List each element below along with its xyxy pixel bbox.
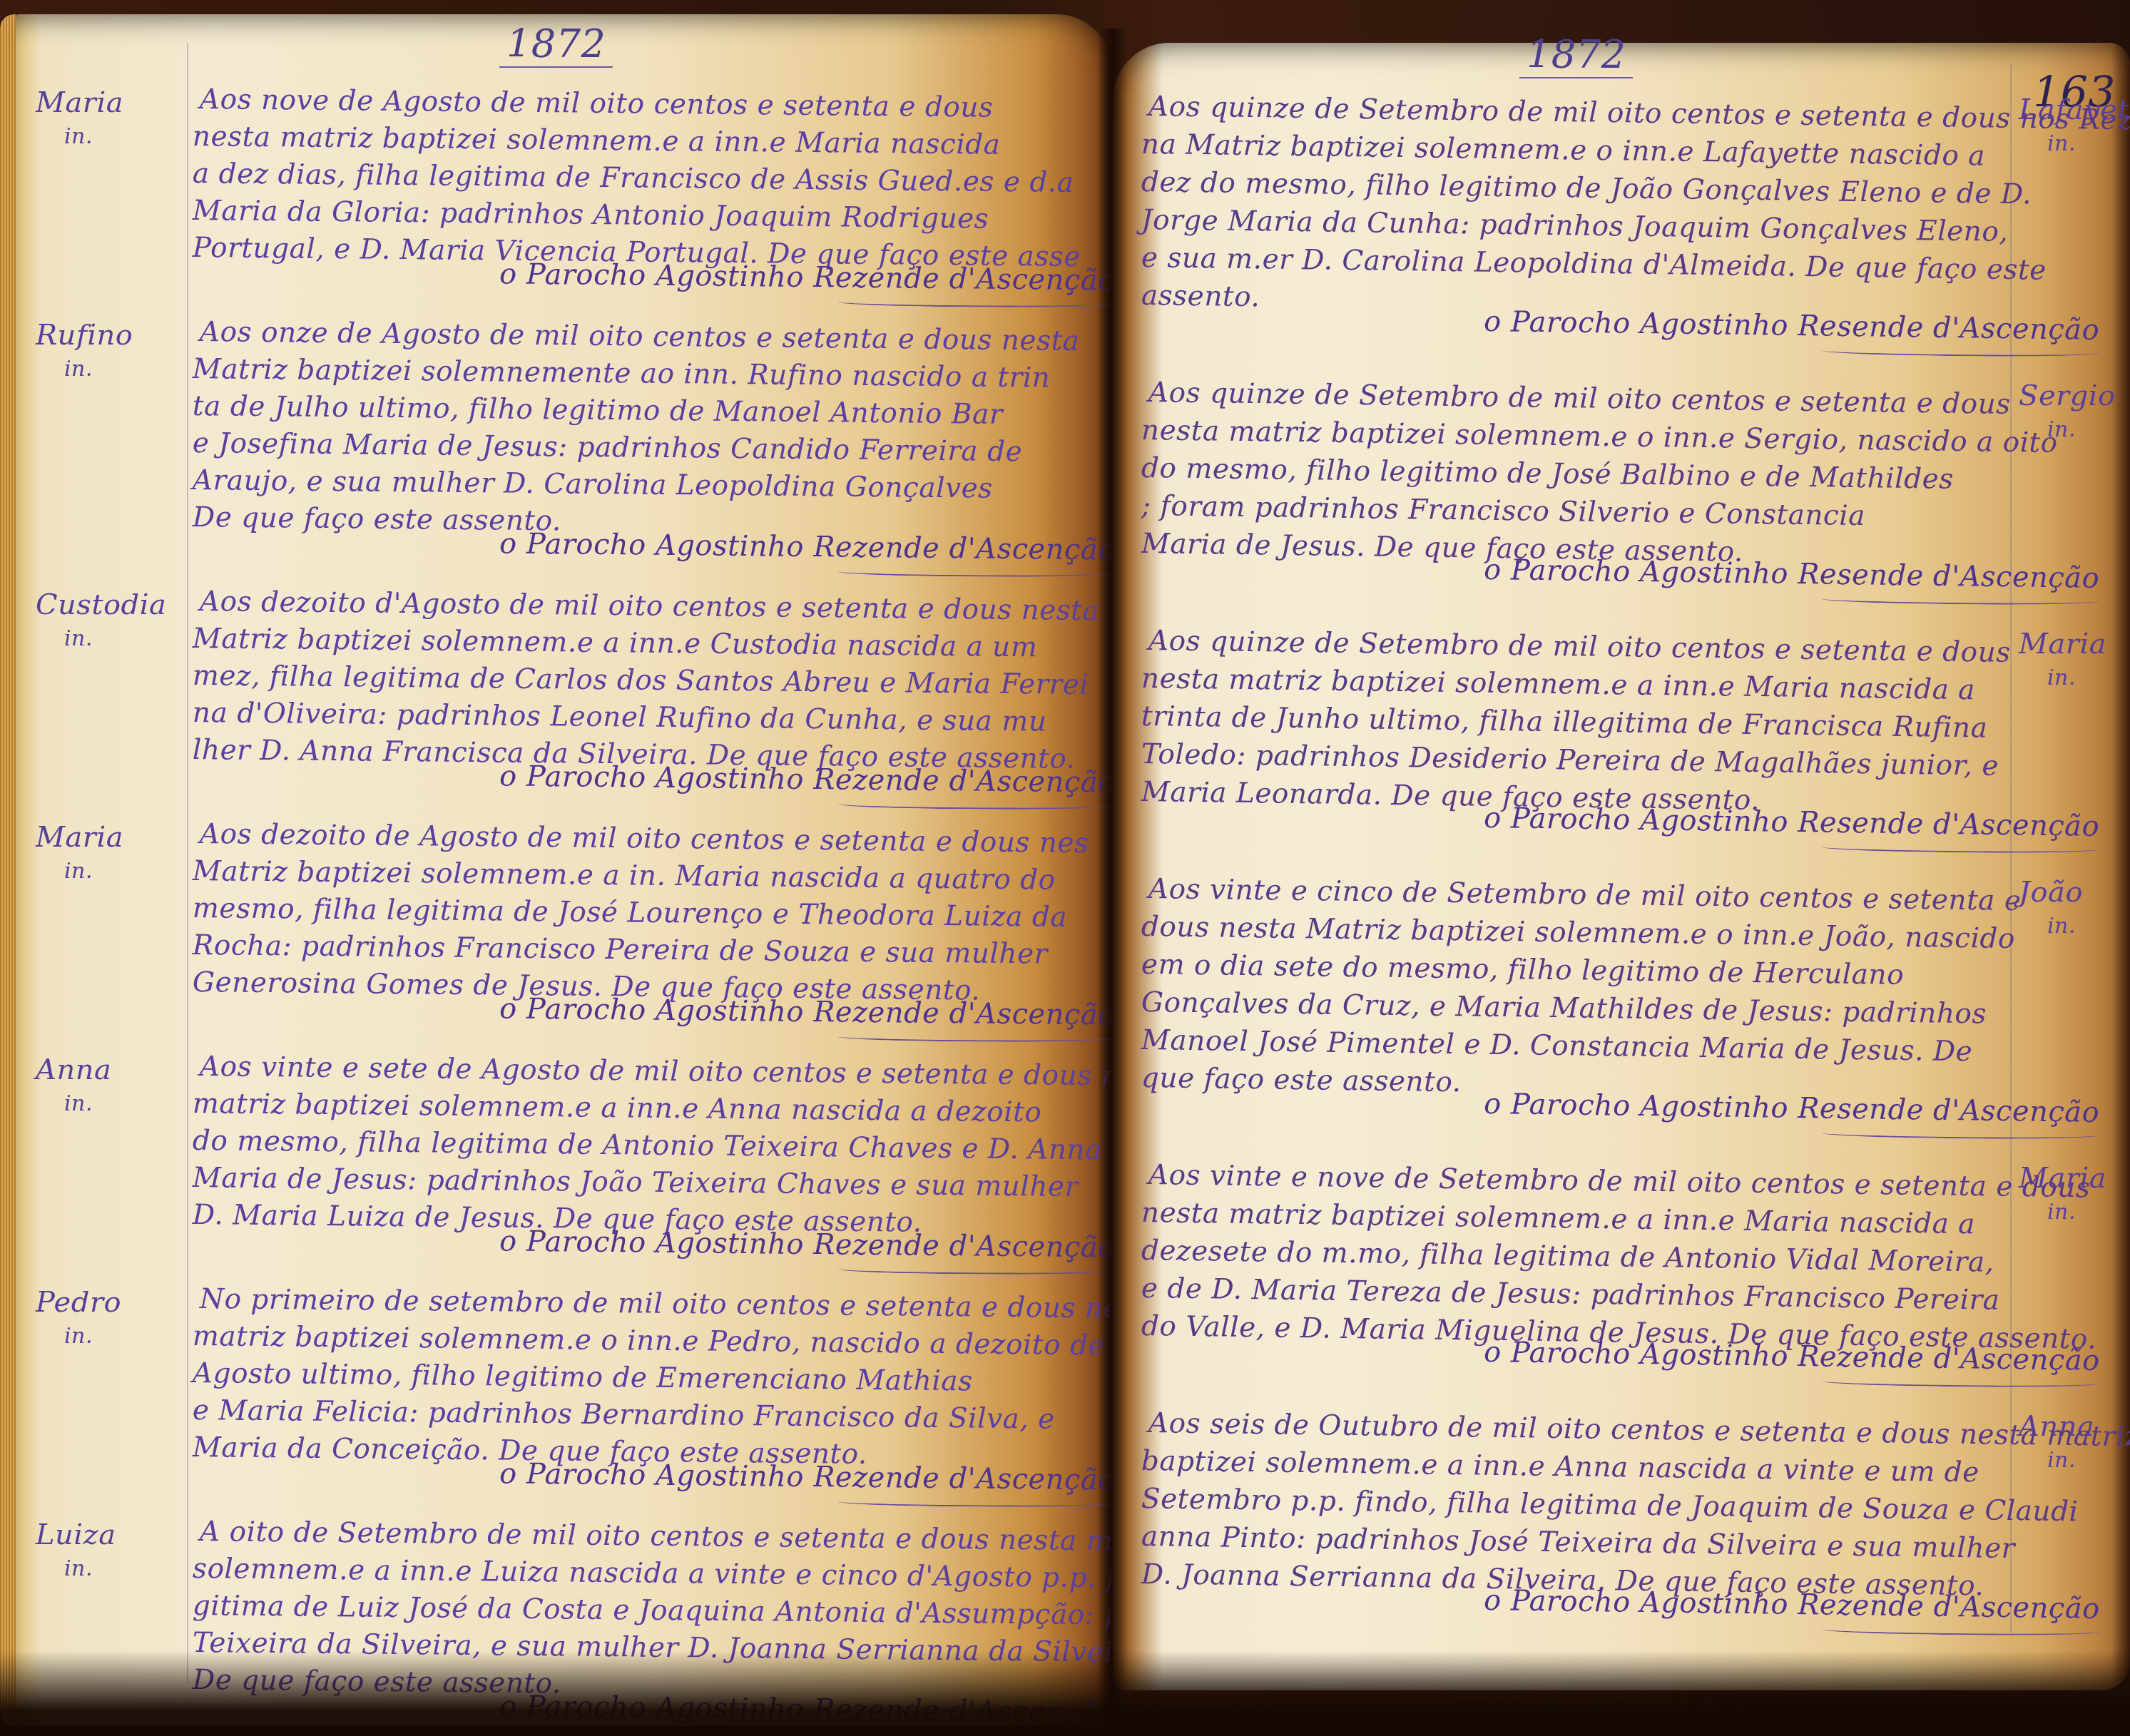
margin-baptized-name: Annain.	[36, 1053, 111, 1121]
baptized-name: Maria	[36, 86, 123, 119]
margin-baptized-name: Luizain.	[36, 1518, 116, 1586]
baptized-name: Custodia	[36, 588, 166, 621]
baptized-name: Anna	[36, 1053, 111, 1086]
left-page-stacked-edges	[0, 14, 16, 1726]
baptized-status: in.	[36, 854, 123, 889]
baptized-name: Pedro	[36, 1286, 121, 1319]
priest-signature: o Parocho Agostinho Resende d'Ascenção	[1484, 1088, 2100, 1140]
priest-signature: o Parocho Agostinho Rezende d'Ascenção	[499, 527, 1116, 578]
margin-baptized-name: Custodiain.	[36, 588, 166, 656]
baptized-status: in.	[36, 1552, 116, 1586]
margin-baptized-name: Joãoin.	[2019, 875, 2083, 944]
baptized-name: Rufino	[36, 319, 133, 352]
margin-baptized-name: Pedroin.	[36, 1285, 121, 1354]
priest-signature: o Parocho Agostinho Rezende d'Ascenção	[1484, 1584, 2100, 1637]
baptized-name: Maria	[36, 821, 123, 854]
priest-signature: o Parocho Agostinho Resende d'Ascenção	[1484, 553, 2100, 606]
margin-baptized-name: Rufinoin.	[36, 318, 133, 387]
baptized-status: in.	[2019, 661, 2106, 695]
priest-signature: o Parocho Agostinho Rezende d'Ascenção	[499, 992, 1116, 1043]
margin-baptized-name: Mariain.	[2019, 627, 2106, 695]
baptized-status: in.	[36, 1087, 111, 1121]
baptized-status: in.	[2019, 909, 2083, 944]
right-page-year: 1872	[1519, 32, 1633, 78]
entry-text-line: assento.	[1141, 275, 1260, 319]
priest-signature: o Parocho Agostinho Resende d'Ascenção	[1484, 305, 2100, 358]
priest-signature: o Parocho Agostinho Rezende d'Ascenção	[499, 760, 1116, 810]
priest-signature: o Parocho Agostinho Rezende d'Ascenção	[1484, 1336, 2100, 1389]
open-register-book: 1872 Mariain.Aos nove de Agosto de mil o…	[0, 0, 2130, 1736]
priest-signature: o Parocho Agostinho Rezende d'Ascenção	[499, 257, 1116, 308]
left-page-year: 1872	[499, 21, 613, 68]
baptized-name: João	[2019, 876, 2083, 909]
priest-signature: o Parocho Agostinho Rezende d'Ascenção	[499, 1225, 1116, 1275]
baptized-status: in.	[36, 120, 123, 154]
margin-baptized-name: Mariain.	[36, 820, 123, 889]
margin-baptized-name: Mariain.	[36, 86, 123, 154]
baptized-status: in.	[36, 352, 133, 387]
baptized-status: in.	[36, 1319, 121, 1354]
bottom-shadow	[0, 1650, 2130, 1736]
baptized-name: Sergio	[2019, 379, 2116, 412]
entry-text-line: que faço este assento.	[1141, 1057, 1462, 1104]
priest-signature: o Parocho Agostinho Resende d'Ascenção	[1484, 802, 2100, 854]
baptized-status: in.	[36, 622, 166, 656]
baptized-name: Maria	[2019, 628, 2106, 660]
baptized-name: Luiza	[36, 1518, 116, 1551]
left-margin-rule	[187, 43, 188, 1683]
priest-signature: o Parocho Agostinho Rezende d'Ascenção	[499, 1457, 1116, 1508]
